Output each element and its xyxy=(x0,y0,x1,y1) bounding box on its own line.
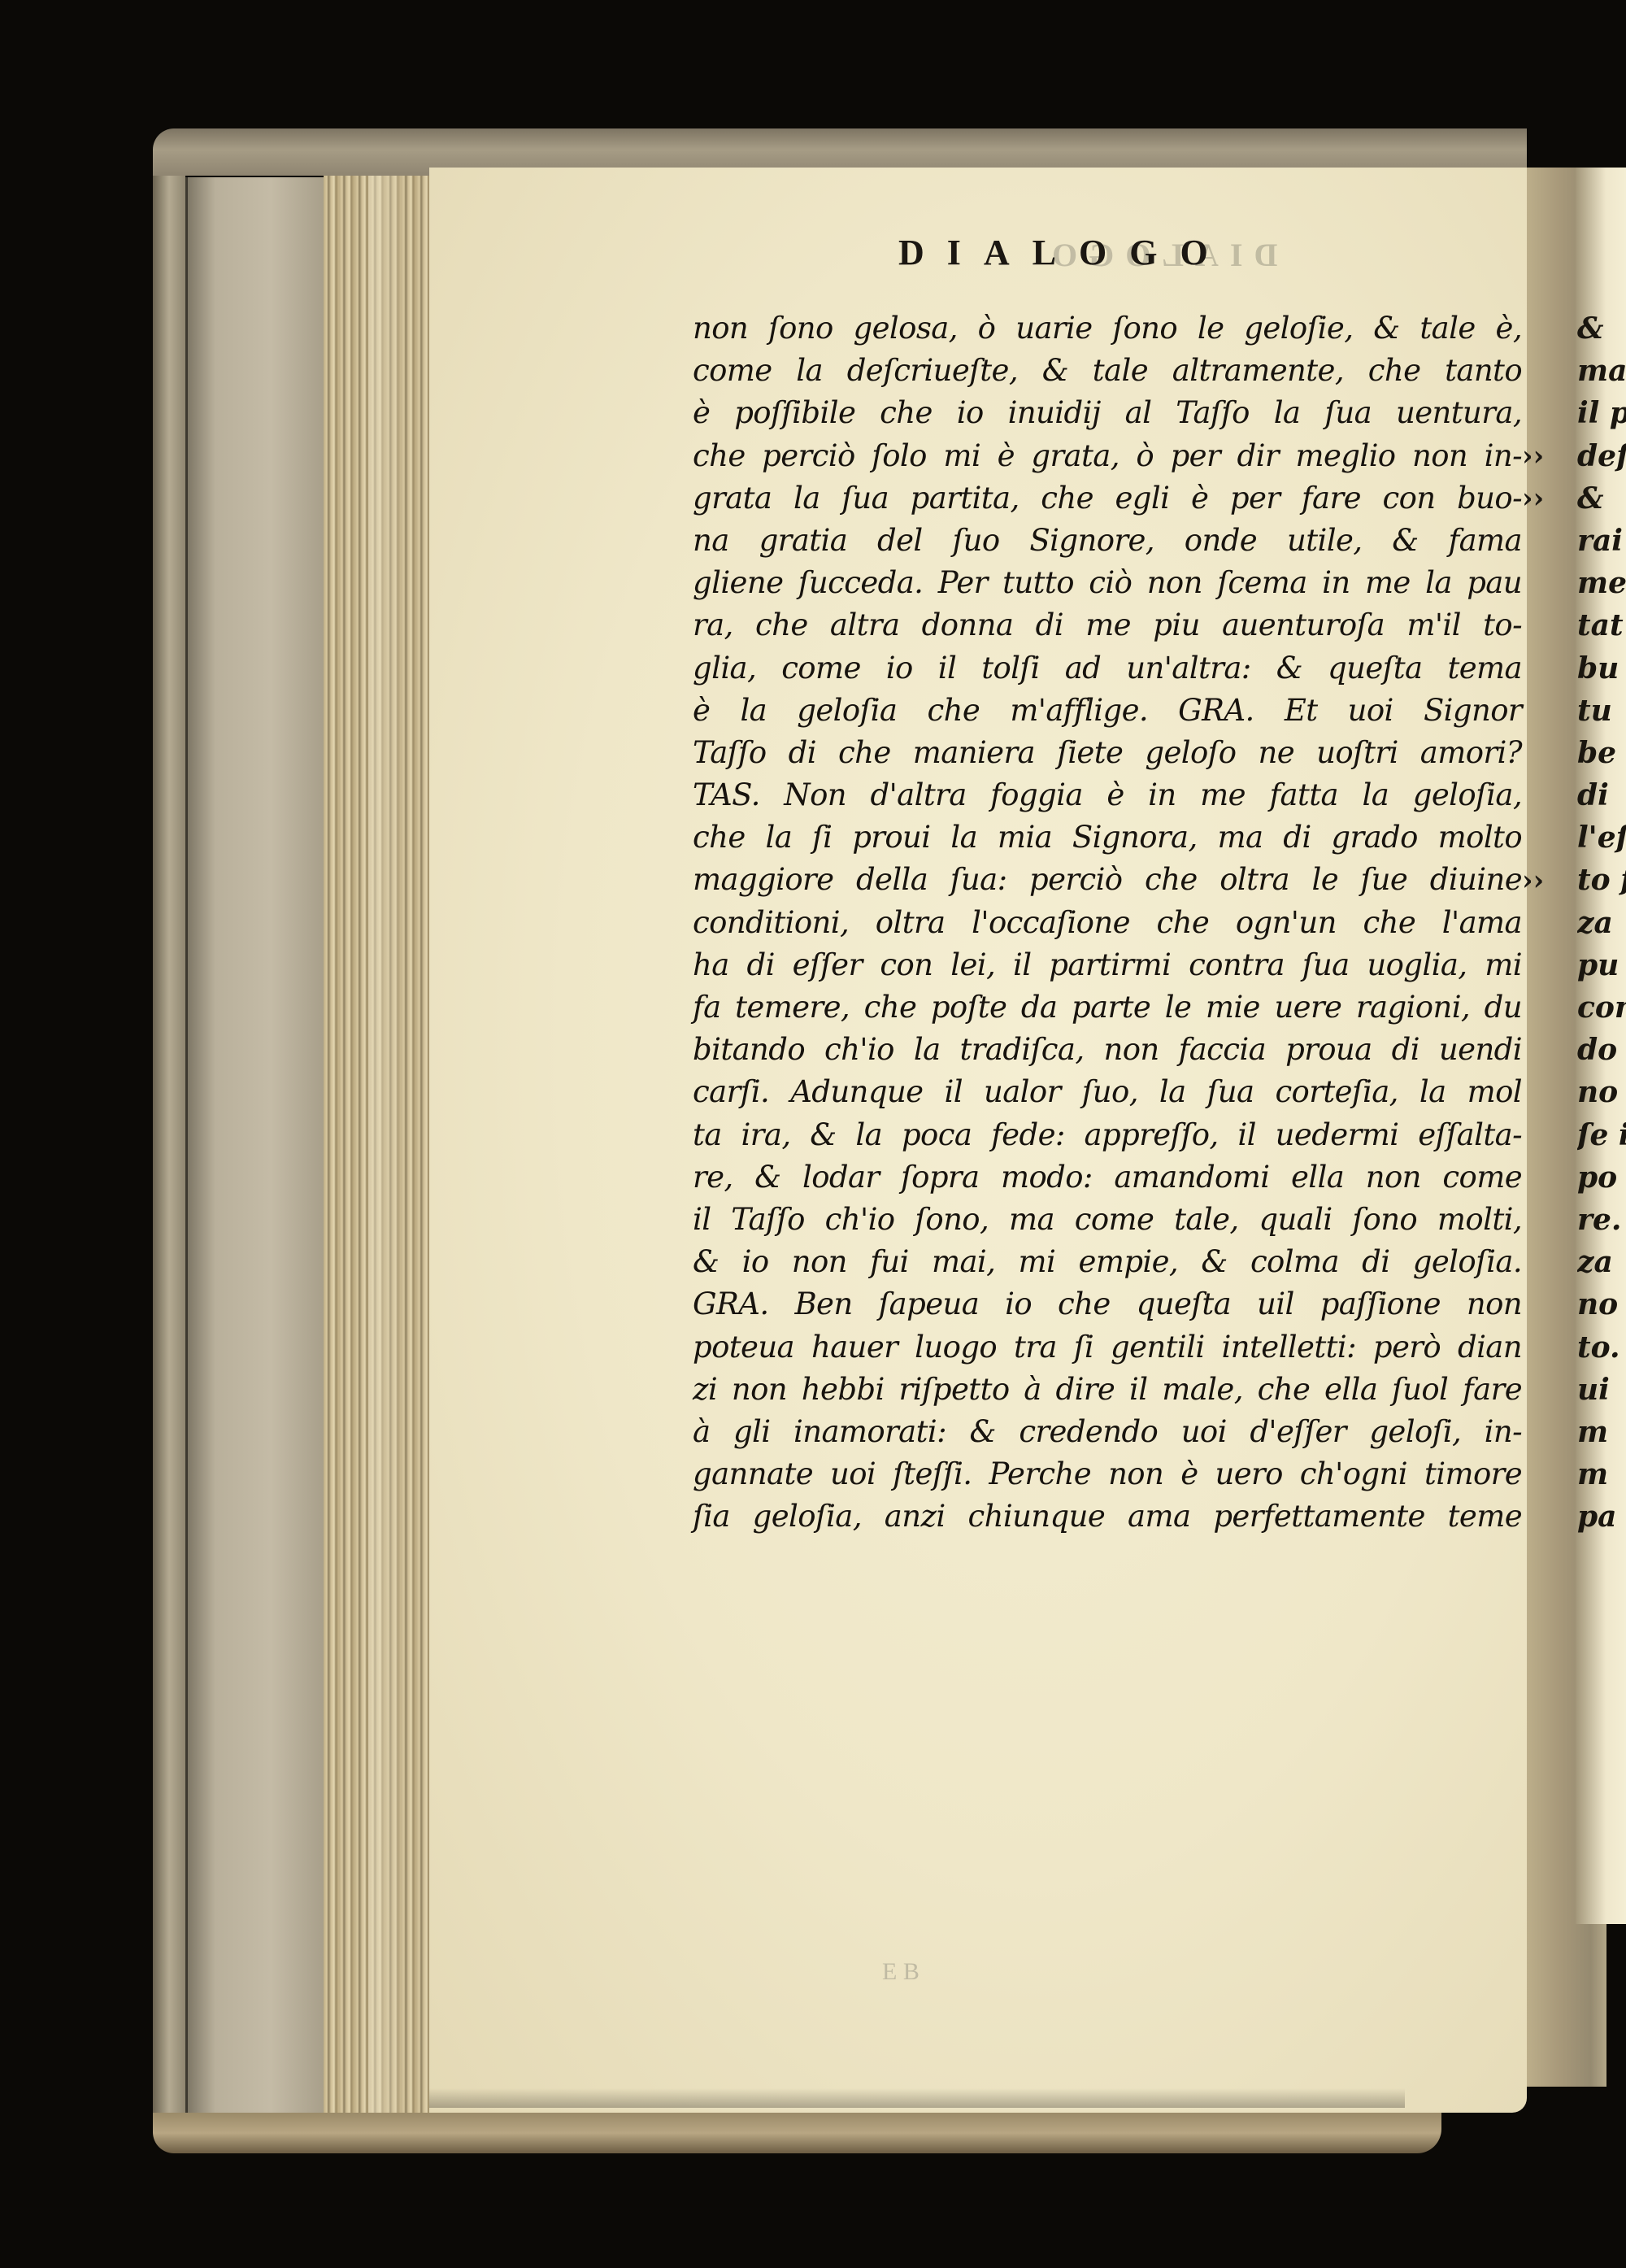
text-line: maggiore della ſua: perciò che oltra le … xyxy=(693,859,1522,901)
text-line: ſia geloſia, anzi chiunque ama perfettam… xyxy=(693,1495,1522,1538)
binding-bottom-edge xyxy=(153,2113,1441,2153)
recto-fragment: & xyxy=(1577,477,1626,520)
recto-fragment: po xyxy=(1577,1156,1626,1199)
recto-fragment: ma xyxy=(1577,350,1626,392)
text-line: TAS. Non d'altra foggia è in me fatta la… xyxy=(693,774,1522,816)
recto-fragment: m xyxy=(1577,1411,1626,1453)
recto-fragment: me xyxy=(1577,562,1626,604)
text-line: GRA. Ben ſapeua io che queſta uil paſſio… xyxy=(693,1283,1522,1326)
quotation-mark: ›› xyxy=(1522,864,1544,897)
recto-fragment: za xyxy=(1577,902,1626,944)
recto-fragment: ui xyxy=(1577,1369,1626,1411)
recto-fragment: do xyxy=(1577,1029,1626,1071)
recto-fragment: no xyxy=(1577,1283,1626,1326)
recto-fragment: be xyxy=(1577,732,1626,774)
text-line: come la deſcriueſte, & tale altramente, … xyxy=(693,350,1522,392)
text-line: bitando ch'io la tradiſca, non faccia pr… xyxy=(693,1029,1522,1071)
quotation-mark: ›› xyxy=(1522,440,1544,472)
running-head: DIALOGO xyxy=(898,232,1231,273)
recto-fragment: re. xyxy=(1577,1199,1626,1241)
text-line: conditioni, oltra l'occaſione che ogn'un… xyxy=(693,902,1522,944)
text-line: na gratia del ſuo Signore, onde utile, &… xyxy=(693,520,1522,562)
recto-fragment: bu xyxy=(1577,647,1626,690)
bleed-through-signature: E B xyxy=(882,1958,920,1986)
text-line: non ſono gelosa, ò uarie ſono le geloſie… xyxy=(693,307,1522,350)
recto-fragment: di xyxy=(1577,774,1626,816)
quotation-mark: ›› xyxy=(1522,482,1544,515)
page-bottom-shadow xyxy=(429,2088,1405,2108)
text-line: à gli inamorati: & credendo uoi d'eſſer … xyxy=(693,1411,1522,1453)
recto-fragment: pu xyxy=(1577,944,1626,986)
text-line: poteua hauer luogo tra ſi gentili intell… xyxy=(693,1326,1522,1369)
recto-fragment: tu xyxy=(1577,690,1626,732)
text-line: ta ira, & la poca fede: appreſſo, il ued… xyxy=(693,1114,1522,1156)
recto-fragment: con xyxy=(1577,986,1626,1029)
recto-fragment: za xyxy=(1577,1241,1626,1283)
text-line: glia, come io il tolſi ad un'altra: & qu… xyxy=(693,647,1522,690)
text-line: zi non hebbi riſpetto à dire il male, ch… xyxy=(693,1369,1522,1411)
pastedown-flyleaf xyxy=(185,177,326,2113)
leaf-edge-highlight xyxy=(368,176,405,2127)
recto-fragment: to ſ xyxy=(1577,859,1626,901)
text-line: fa temere, che poſte da parte le mie uer… xyxy=(693,986,1522,1029)
text-line: che la ſi proui la mia Signora, ma di gr… xyxy=(693,816,1522,859)
text-line: il Taſſo ch'io ſono, ma come tale, quali… xyxy=(693,1199,1522,1241)
recto-fragment: deſ xyxy=(1577,435,1626,477)
text-line: ra, che altra donna di me piu auenturoſa… xyxy=(693,604,1522,646)
binding-spine-edge xyxy=(153,153,185,2137)
text-line: ha di eſſer con lei, il partirmi contra … xyxy=(693,944,1522,986)
text-line: carſi. Adunque il ualor ſuo, la ſua cort… xyxy=(693,1071,1522,1113)
recto-page-fragments: &mail pdeſ&raimetatbutubedil'eſto ſzapuc… xyxy=(1577,307,1626,1538)
text-line: gliene ſucceda. Per tutto ciò non ſcema … xyxy=(693,562,1522,604)
text-line: gannate uoi ſteſſi. Perche non è uero ch… xyxy=(693,1453,1522,1495)
recto-fragment: l'eſ xyxy=(1577,816,1626,859)
text-line: grata la ſua partita, che egli è per far… xyxy=(693,477,1522,520)
text-line: Taſſo di che maniera ſiete geloſo ne uoſ… xyxy=(693,732,1522,774)
text-line: è la geloſia che m'afflige. GRA. Et uoi … xyxy=(693,690,1522,732)
recto-fragment: il p xyxy=(1577,392,1626,434)
text-line: re, & lodar ſopra modo: amandomi ella no… xyxy=(693,1156,1522,1199)
recto-fragment: to. xyxy=(1577,1326,1626,1369)
recto-fragment: pa xyxy=(1577,1495,1626,1538)
recto-fragment: m xyxy=(1577,1453,1626,1495)
recto-fragment: & xyxy=(1577,307,1626,350)
body-text: non ſono gelosa, ò uarie ſono le geloſie… xyxy=(693,307,1522,1538)
text-line: & io non fui mai, mi empie, & colma di g… xyxy=(693,1241,1522,1283)
recto-fragment: rai xyxy=(1577,520,1626,562)
text-line: che perciò ſolo mi è grata, ò per dir me… xyxy=(693,435,1522,477)
text-line: è poſſibile che io inuidij al Taſſo la ſ… xyxy=(693,392,1522,434)
recto-fragment: ſe i xyxy=(1577,1114,1626,1156)
recto-fragment: no xyxy=(1577,1071,1626,1113)
recto-fragment: tat xyxy=(1577,604,1626,646)
